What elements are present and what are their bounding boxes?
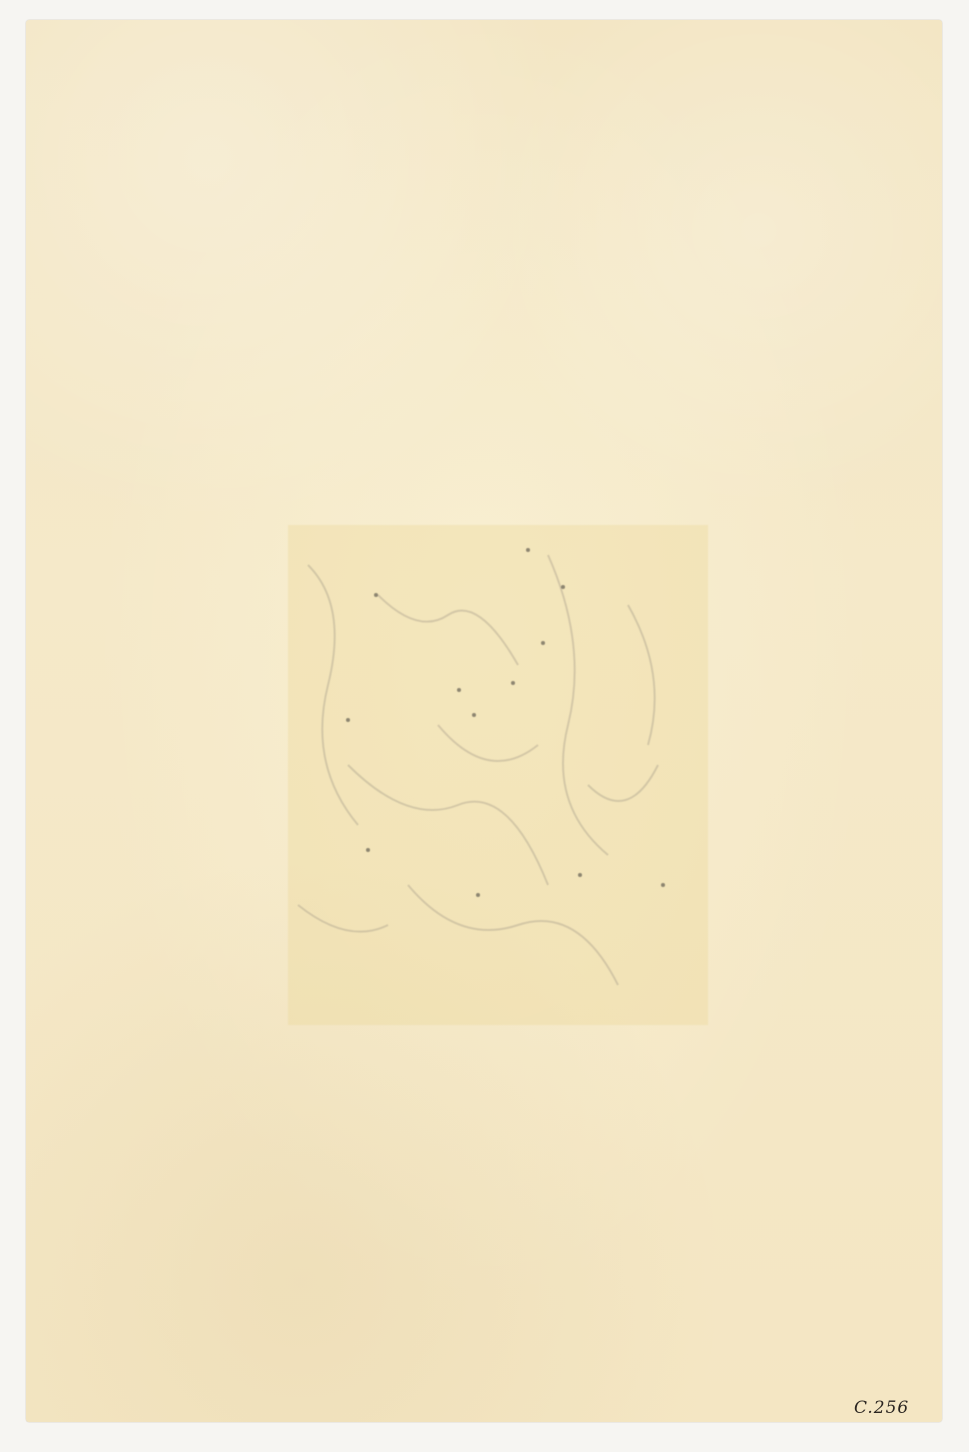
showthrough-marks (288, 525, 708, 1025)
paper-sheet: C.256 (26, 20, 942, 1422)
print-showthrough (288, 525, 708, 1025)
catalog-number: C.256 (854, 1398, 909, 1418)
